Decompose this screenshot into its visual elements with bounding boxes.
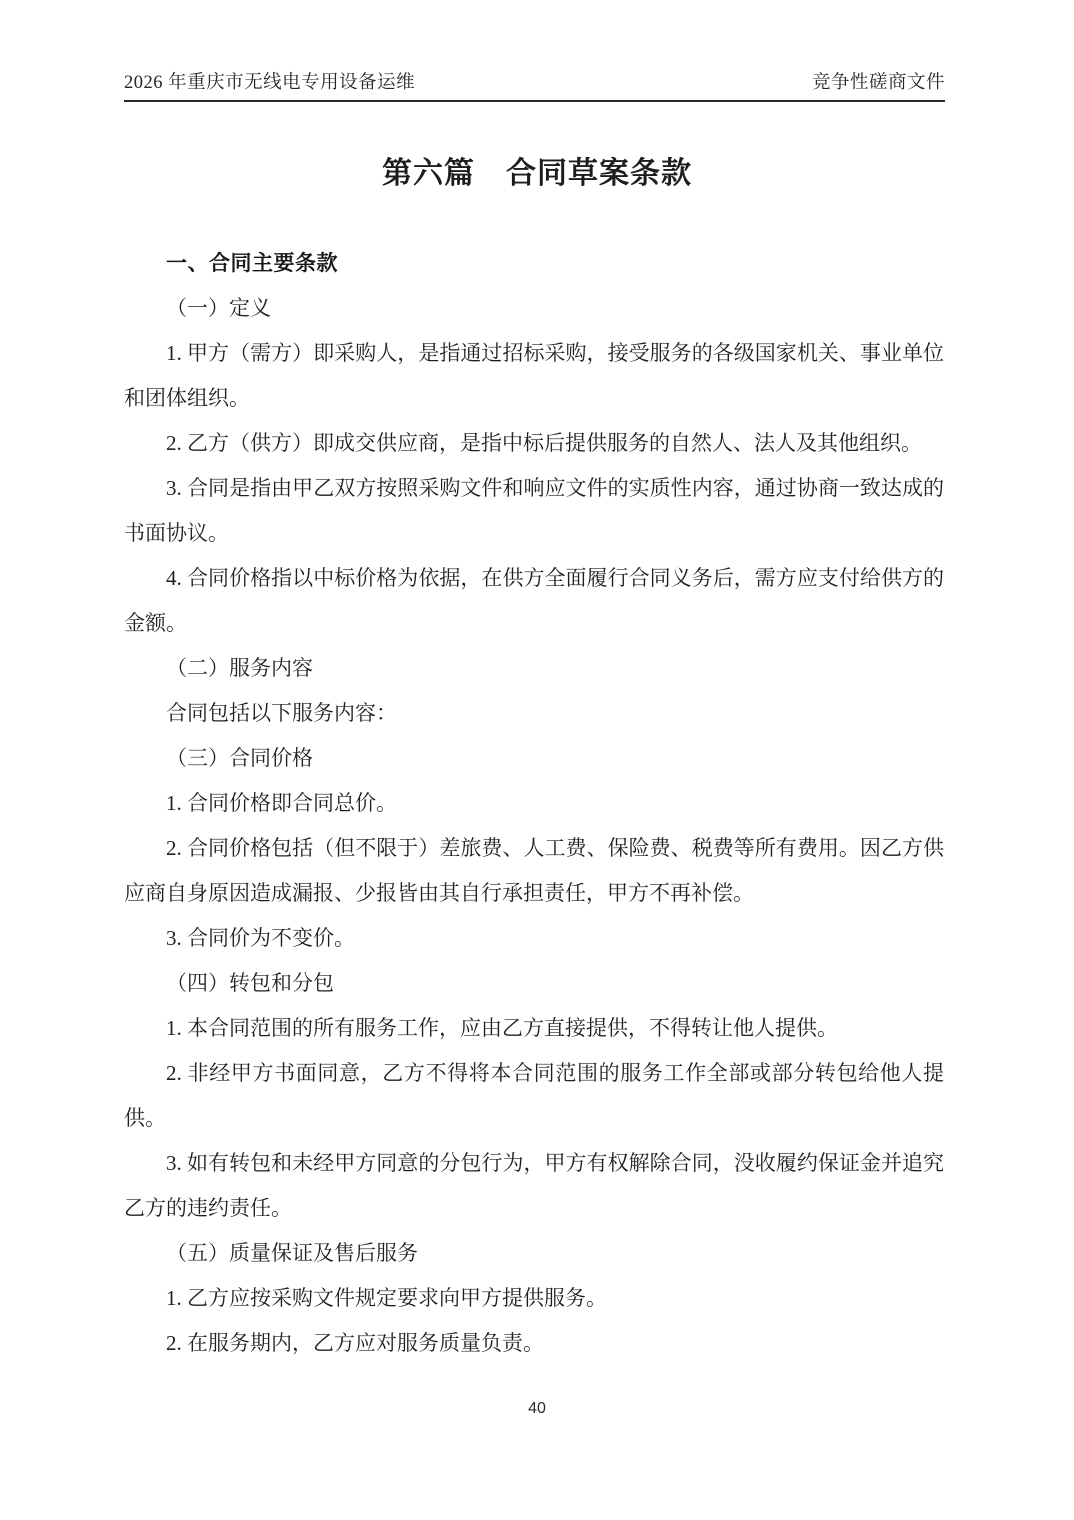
paragraph: 3. 合同价为不变价。 <box>124 916 944 961</box>
paragraph: 1. 甲方（需方）即采购人，是指通过招标采购，接受服务的各级国家机关、事业单位和… <box>124 331 944 421</box>
paragraph: 2. 在服务期内，乙方应对服务质量负责。 <box>124 1321 944 1366</box>
document-page: 2026 年重庆市无线电专用设备运维 竞争性磋商文件 第六篇 合同草案条款 一、… <box>0 0 1074 1520</box>
paragraph: 3. 如有转包和未经甲方同意的分包行为，甲方有权解除合同，没收履约保证金并追究乙… <box>124 1141 944 1231</box>
paragraph: （二）服务内容 <box>124 646 944 691</box>
paragraph: 合同包括以下服务内容： <box>124 691 944 736</box>
paragraph: 1. 合同价格即合同总价。 <box>124 781 944 826</box>
page-number: 40 <box>528 1400 546 1417</box>
paragraph: 3. 合同是指由甲乙双方按照采购文件和响应文件的实质性内容，通过协商一致达成的书… <box>124 466 944 556</box>
page-header: 2026 年重庆市无线电专用设备运维 竞争性磋商文件 <box>124 72 945 102</box>
header-left-text: 2026 年重庆市无线电专用设备运维 <box>124 72 415 95</box>
document-body: 一、合同主要条款 （一）定义 1. 甲方（需方）即采购人，是指通过招标采购，接受… <box>124 241 944 1366</box>
paragraph: （三）合同价格 <box>124 736 944 781</box>
paragraph: 2. 乙方（供方）即成交供应商，是指中标后提供服务的自然人、法人及其他组织。 <box>124 421 944 466</box>
paragraph: （一）定义 <box>124 286 944 331</box>
paragraph: 2. 合同价格包括（但不限于）差旅费、人工费、保险费、税费等所有费用。因乙方供应… <box>124 826 944 916</box>
paragraph: 2. 非经甲方书面同意，乙方不得将本合同范围的服务工作全部或部分转包给他人提供。 <box>124 1051 944 1141</box>
paragraph: 4. 合同价格指以中标价格为依据，在供方全面履行合同义务后，需方应支付给供方的金… <box>124 556 944 646</box>
document-title: 第六篇 合同草案条款 <box>0 148 1074 192</box>
paragraph: 1. 本合同范围的所有服务工作，应由乙方直接提供，不得转让他人提供。 <box>124 1006 944 1051</box>
paragraph: （五）质量保证及售后服务 <box>124 1231 944 1276</box>
page-footer: 40 <box>0 1400 1074 1418</box>
section-heading: 一、合同主要条款 <box>124 241 944 286</box>
header-right-text: 竞争性磋商文件 <box>812 72 945 95</box>
paragraph: 1. 乙方应按采购文件规定要求向甲方提供服务。 <box>124 1276 944 1321</box>
paragraph: （四）转包和分包 <box>124 961 944 1006</box>
